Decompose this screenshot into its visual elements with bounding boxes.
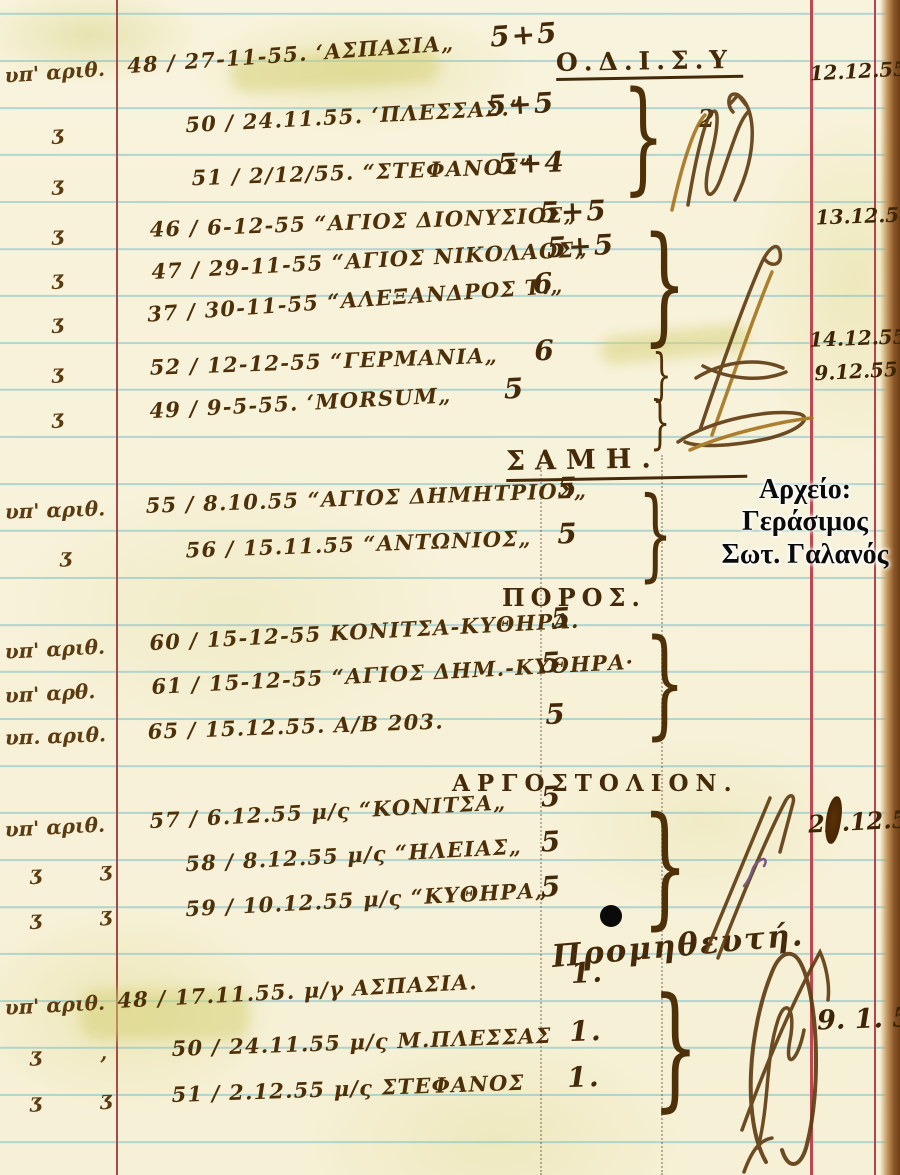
row-value: 5 bbox=[557, 520, 579, 549]
row-value: 5 bbox=[503, 374, 526, 403]
ditto-mark: ʒ bbox=[51, 123, 63, 144]
margin-date: 9. 1. 55 bbox=[817, 1004, 900, 1035]
row-entry: 50 / 24.11.55. ‘ΠΛΕΣΣΑΣ.” bbox=[185, 97, 524, 136]
row-value: 5 bbox=[545, 700, 567, 729]
row-entry: 46 / 6-12-55 “ΑΓΙΟΣ ΔΙΟΝΥΣΙΟΣ„ bbox=[149, 204, 577, 240]
ditto-mark: ʒ , bbox=[29, 1041, 133, 1065]
row-value: 5+5 bbox=[546, 231, 616, 263]
row-entry: 48 / 17.11.55. μ/γ ΑΣΠΑΣΙΑ. bbox=[117, 971, 478, 1011]
archive-stamp: Αρχείο: Γεράσιμος Σωτ. Γαλανός bbox=[712, 474, 898, 571]
ink-dot bbox=[600, 905, 622, 927]
row-value: 5 bbox=[540, 828, 563, 857]
row-number-label: υπ' αριθ. bbox=[4, 498, 105, 521]
ink-brace: } bbox=[644, 628, 685, 737]
ditto-mark: ʒ bbox=[51, 224, 63, 244]
row-number-label: υπ' αριθ. bbox=[4, 59, 105, 86]
margin-date: 14.12.55 bbox=[809, 326, 900, 349]
ink-brace: } bbox=[622, 80, 665, 192]
row-entry: 56 / 15.11.55 “ΑΝΤΩΝΙΟΣ„ bbox=[185, 527, 532, 560]
row-value: 1. bbox=[570, 958, 605, 988]
row-value: 5+5 bbox=[539, 197, 608, 227]
group-note: 2 bbox=[698, 104, 715, 133]
margin-date: 22.12.55 bbox=[808, 807, 900, 837]
ink-brace: } bbox=[638, 488, 673, 580]
row-entry: 50 / 24.11.55 μ/ς Μ.ΠΛΕΣΣΑΣ bbox=[171, 1025, 552, 1059]
ditto-mark: ʒ bbox=[51, 312, 64, 333]
row-value: 1. bbox=[569, 1017, 603, 1046]
row-value: 5 bbox=[540, 873, 563, 902]
row-value: 5 bbox=[550, 604, 573, 633]
ditto-mark: ʒ bbox=[51, 362, 63, 382]
row-number-label: υπ' αριθ. bbox=[4, 993, 105, 1018]
ditto-mark: ʒ ʒ bbox=[29, 1087, 137, 1111]
row-number-label: υπ. αριθ. bbox=[4, 724, 106, 748]
row-value: 5+5 bbox=[489, 19, 559, 52]
row-value: 5+5 bbox=[486, 89, 556, 121]
ditto-mark: ʒ bbox=[51, 407, 63, 428]
ditto-mark: ʒ ʒ bbox=[29, 903, 138, 929]
row-value: 6 bbox=[532, 269, 555, 298]
row-value: 6 bbox=[534, 337, 556, 366]
row-entry: 51 / 2.12.55 μ/ς ΣΤΕΦΑΝΟΣ bbox=[171, 1072, 525, 1105]
row-entry: 57 / 6.12.55 μ/ς “ΚΟΝΙΤΣΑ„ bbox=[149, 791, 507, 831]
row-entry: 55 / 8.10.55 “ΑΓΙΟΣ ΔΗΜΗΤΡΙΟΣ„ bbox=[145, 479, 587, 515]
row-number-label: υπ' αριθ. bbox=[4, 815, 105, 840]
ink-brace: } bbox=[650, 396, 670, 449]
ditto-mark: ʒ ʒ bbox=[29, 858, 138, 884]
row-value: 5+4 bbox=[497, 148, 566, 178]
row-value: 5 bbox=[540, 649, 563, 678]
row-value: 5 bbox=[557, 474, 579, 503]
stamp-line: Γεράσιμος bbox=[712, 506, 898, 538]
row-entry: 60 / 15-12-55 ΚΟΝΙΤΣΑ-ΚΥΘΗΡΑ. bbox=[149, 610, 580, 654]
row-number-label: υπ' αριθ. bbox=[4, 637, 105, 662]
row-entry: 65 / 15.12.55. Α/Β 203. bbox=[147, 711, 444, 742]
ditto-mark: ʒ bbox=[51, 174, 63, 194]
row-value: 1. bbox=[567, 1063, 601, 1092]
stamp-line: Σωτ. Γαλανός bbox=[712, 539, 898, 571]
ink-brace: } bbox=[652, 986, 699, 1109]
ditto-mark: ʒ bbox=[59, 546, 71, 566]
margin-date: 12.12.55 bbox=[809, 58, 900, 83]
row-entry: 48 / 27-11-55. ‘ΑΣΠΑΣΙΑ„ bbox=[127, 32, 455, 76]
row-value: 5 bbox=[540, 783, 563, 812]
ledger-page: Ο.Δ.Ι.Σ.Υ υπ' αριθ. 48 / 27-11-55. ‘ΑΣΠΑ… bbox=[0, 0, 900, 1175]
ditto-mark: ʒ bbox=[51, 268, 63, 289]
ink-brace: } bbox=[642, 226, 687, 344]
row-entry: 51 / 2/12/55. “ΣΤΕΦΑΝΟΣ” bbox=[191, 155, 532, 188]
row-entry: 52 / 12-12-55 “ΓΕΡΜΑΝΙΑ„ bbox=[149, 345, 498, 378]
ink-brace: } bbox=[642, 806, 688, 927]
row-number-label: υπ' αρθ. bbox=[4, 681, 96, 706]
stamp-line: Αρχείο: bbox=[712, 474, 898, 506]
margin-date: 9.12.55 bbox=[814, 359, 898, 383]
